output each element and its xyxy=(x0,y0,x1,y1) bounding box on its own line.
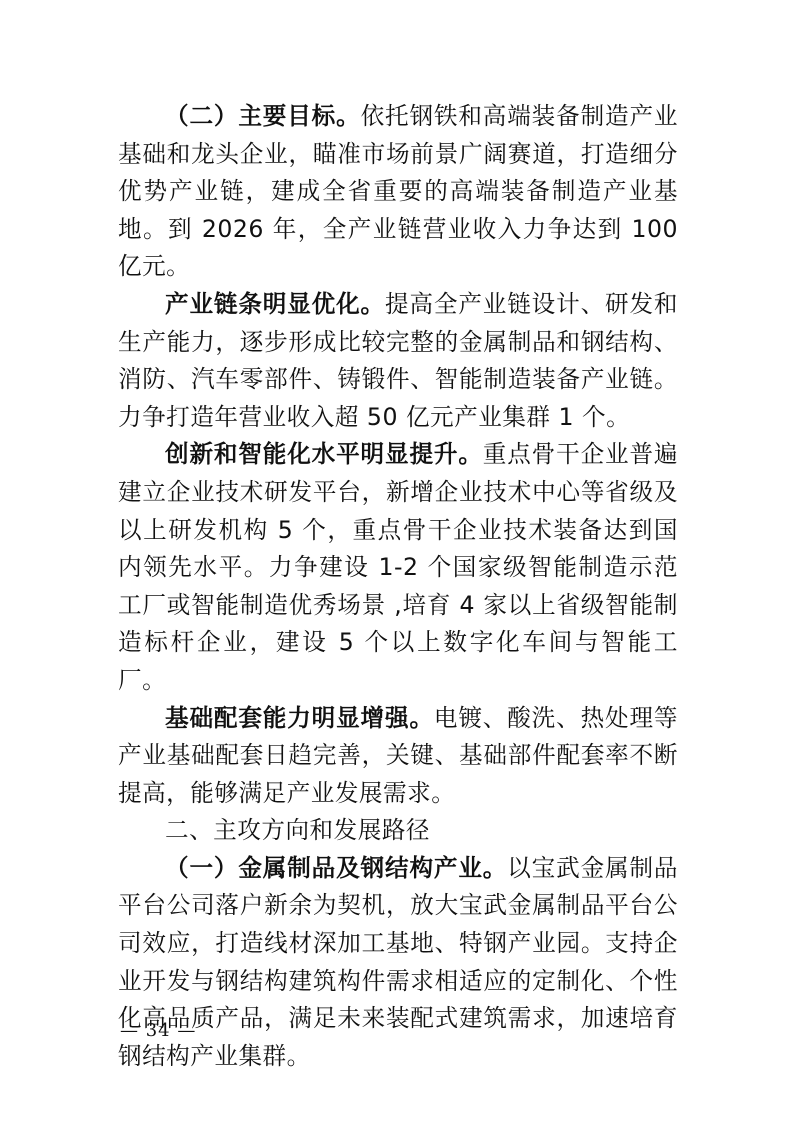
heading-chain-optimization: 产业链条明显优化。 xyxy=(165,290,385,318)
document-page: （二）主要目标。依托钢铁和高端装备制造产业基础和龙头企业，瞄准市场前景广阔赛道，… xyxy=(118,98,678,1075)
section-title-directions: 二、主攻方向和发展路径 xyxy=(165,816,430,844)
paragraph-chain-optimization: 产业链条明显优化。提高全产业链设计、研发和生产能力，逐步形成比较完整的金属制品和… xyxy=(118,286,678,436)
paragraph-supporting-capacity: 基础配套能力明显增强。电镀、酸洗、热处理等产业基础配套日趋完善，关键、基础部件配… xyxy=(118,700,678,813)
section-heading-directions: 二、主攻方向和发展路径 xyxy=(118,812,678,850)
heading-supporting-capacity: 基础配套能力明显增强。 xyxy=(165,704,434,732)
page-number: — 34 — xyxy=(120,1020,196,1041)
body-metal-products: 以宝武金属制品平台公司落户新余为契机，放大宝武金属制品平台公司效应，打造线材深加… xyxy=(118,854,678,1070)
paragraph-main-goals: （二）主要目标。依托钢铁和高端装备制造产业基础和龙头企业，瞄准市场前景广阔赛道，… xyxy=(118,98,678,286)
paragraph-metal-products: （一）金属制品及钢结构产业。以宝武金属制品平台公司落户新余为契机，放大宝武金属制… xyxy=(118,850,678,1076)
heading-main-goals: （二）主要目标。 xyxy=(165,102,361,130)
heading-metal-products: （一）金属制品及钢结构产业。 xyxy=(165,854,507,882)
paragraph-innovation: 创新和智能化水平明显提升。重点骨干企业普遍建立企业技术研发平台，新增企业技术中心… xyxy=(118,436,678,699)
heading-innovation: 创新和智能化水平明显提升。 xyxy=(165,440,483,468)
body-innovation: 重点骨干企业普遍建立企业技术研发平台，新增企业技术中心等省级及以上研发机构 5 … xyxy=(118,440,678,694)
